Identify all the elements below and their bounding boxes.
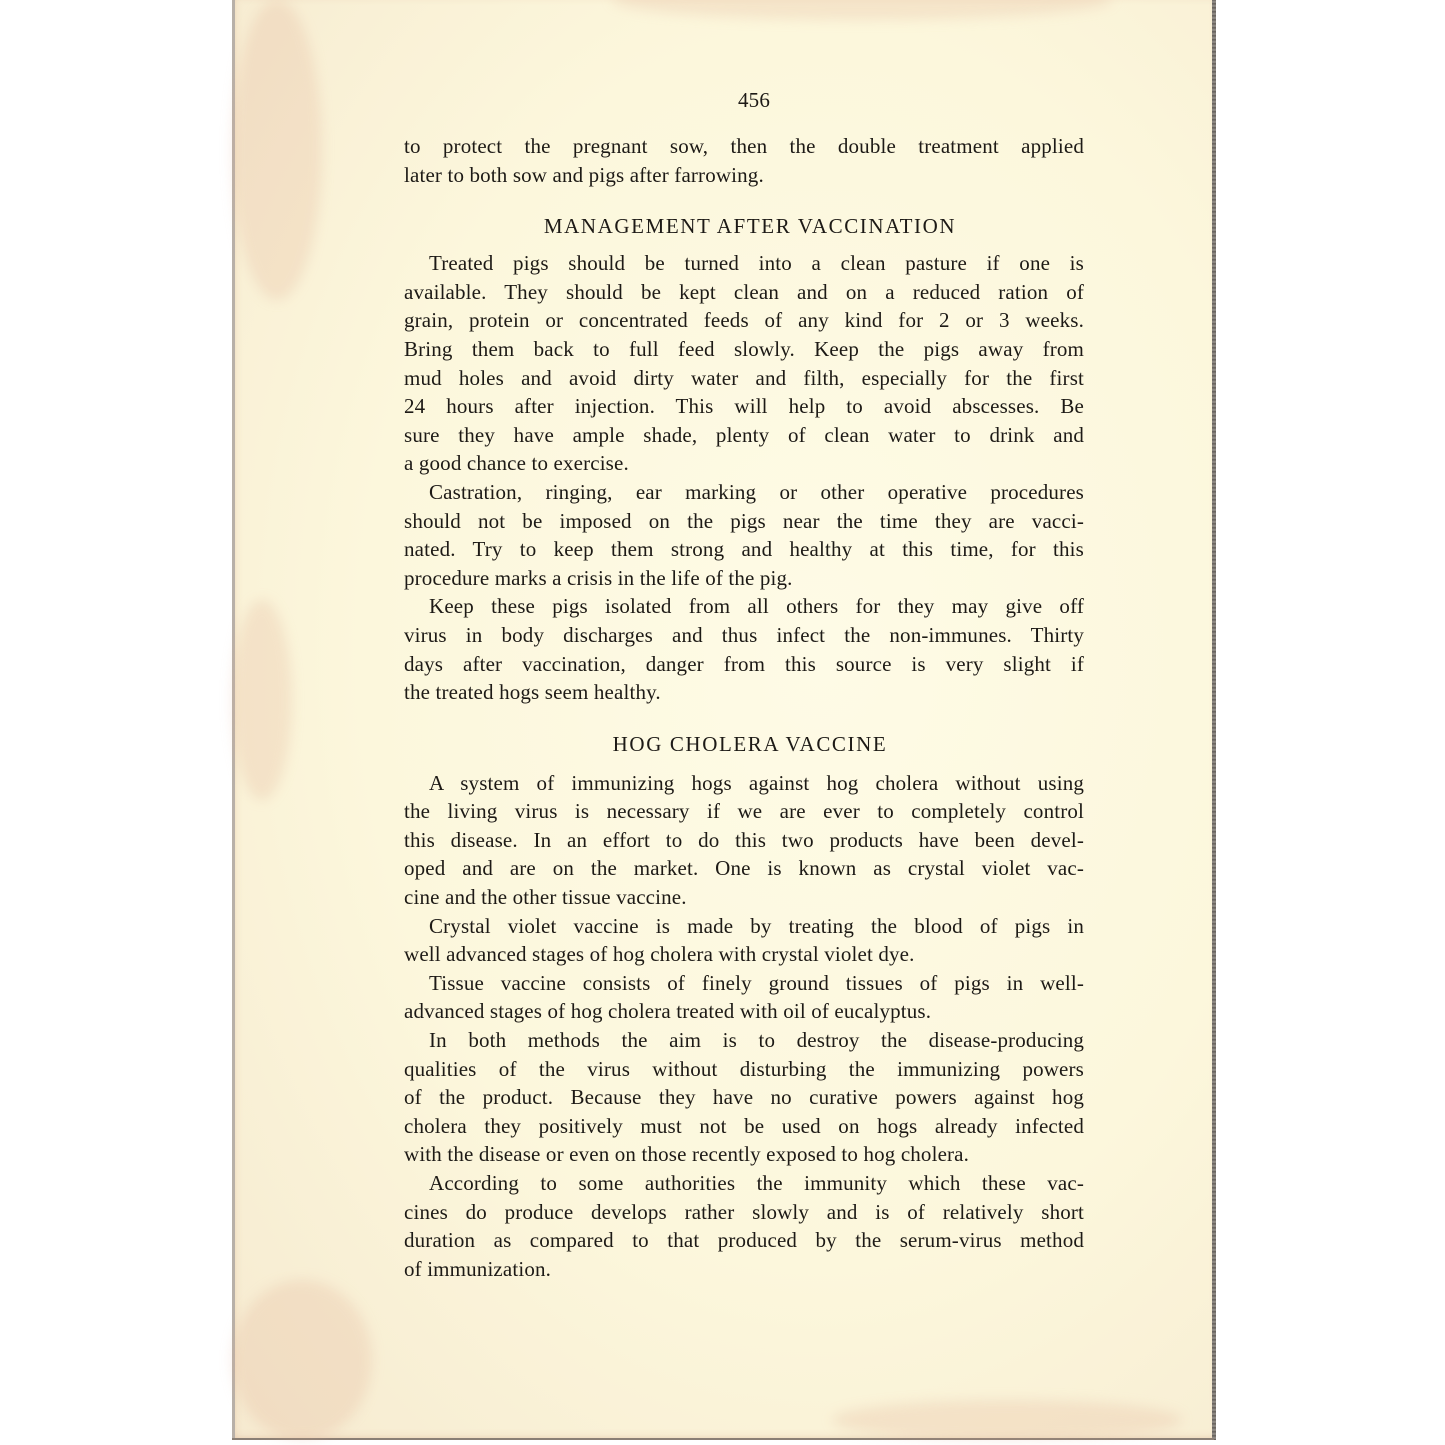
- text-line: 24 hours after injection. This will help…: [404, 392, 1084, 421]
- text-line: should not be imposed on the pigs near t…: [404, 507, 1084, 536]
- paragraph: Castration, ringing, ear marking or othe…: [404, 478, 1084, 592]
- section-body-management: Treated pigs should be turned into a cle…: [404, 249, 1084, 707]
- text-line: nated. Try to keep them strong and healt…: [404, 535, 1084, 564]
- text-line: oped and are on the market. One is known…: [404, 854, 1084, 883]
- text-line: procedure marks a crisis in the life of …: [404, 564, 1084, 593]
- text-line: virus in body discharges and thus infect…: [404, 621, 1084, 650]
- text-line: duration as compared to that produced by…: [404, 1226, 1084, 1255]
- paragraph: According to some authorities the immuni…: [404, 1169, 1084, 1283]
- text-line: sure they have ample shade, plenty of cl…: [404, 421, 1084, 450]
- text-line: In both methods the aim is to destroy th…: [404, 1026, 1084, 1055]
- section-body-vaccine: A system of immunizing hogs against hog …: [404, 769, 1084, 1284]
- foxing-stain: [612, 0, 1112, 20]
- text-line: cines do produce develops rather slowly …: [404, 1198, 1084, 1227]
- foxing-stain: [232, 600, 292, 800]
- text-line: available. They should be kept clean and…: [404, 278, 1084, 307]
- paragraph: Crystal violet vaccine is made by treati…: [404, 912, 1084, 969]
- text-line: According to some authorities the immuni…: [404, 1169, 1084, 1198]
- opening-paragraph: to protect the pregnant sow, then the do…: [404, 132, 1084, 189]
- text-line: with the disease or even on those recent…: [404, 1140, 1084, 1169]
- text-line: of immunization.: [404, 1255, 1084, 1284]
- text-line: Keep these pigs isolated from all others…: [404, 592, 1084, 621]
- text-line: this disease. In an effort to do this tw…: [404, 826, 1084, 855]
- text-line: Treated pigs should be turned into a cle…: [404, 249, 1084, 278]
- foxing-stain: [232, 0, 322, 300]
- text-line: to protect the pregnant sow, then the do…: [404, 132, 1084, 161]
- text-line: well advanced stages of hog cholera with…: [404, 940, 1084, 969]
- paragraph: Tissue vaccine consists of finely ground…: [404, 969, 1084, 1026]
- text-line: Crystal violet vaccine is made by treati…: [404, 912, 1084, 941]
- text-line: the living virus is necessary if we are …: [404, 797, 1084, 826]
- text-line: a good chance to exercise.: [404, 449, 1084, 478]
- foxing-stain: [832, 1400, 1182, 1440]
- paragraph: A system of immunizing hogs against hog …: [404, 769, 1084, 912]
- text-line: later to both sow and pigs after farrowi…: [404, 161, 1084, 190]
- text-line: the treated hogs seem healthy.: [404, 678, 1084, 707]
- paragraph: Keep these pigs isolated from all others…: [404, 592, 1084, 706]
- page-number: 456: [424, 86, 1084, 114]
- foxing-stain: [232, 1280, 372, 1440]
- text-line: Castration, ringing, ear marking or othe…: [404, 478, 1084, 507]
- text-line: cholera they positively must not be used…: [404, 1112, 1084, 1141]
- paragraph: In both methods the aim is to destroy th…: [404, 1026, 1084, 1169]
- paragraph: Treated pigs should be turned into a cle…: [404, 249, 1084, 478]
- text-line: advanced stages of hog cholera treated w…: [404, 997, 1084, 1026]
- text-line: Tissue vaccine consists of finely ground…: [404, 969, 1084, 998]
- text-line: mud holes and avoid dirty water and filt…: [404, 364, 1084, 393]
- text-line: A system of immunizing hogs against hog …: [404, 769, 1084, 798]
- text-line: qualities of the virus without disturbin…: [404, 1055, 1084, 1084]
- text-line: of the product. Because they have no cur…: [404, 1083, 1084, 1112]
- text-line: days after vaccination, danger from this…: [404, 650, 1084, 679]
- text-line: Bring them back to full feed slowly. Kee…: [404, 335, 1084, 364]
- section-heading-vaccine: HOG CHOLERA VACCINE: [404, 729, 1084, 759]
- page-content: 456 to protect the pregnant sow, then th…: [404, 86, 1084, 1283]
- page-right-edge: [1212, 0, 1216, 1440]
- section-heading-management: MANAGEMENT AFTER VACCINATION: [404, 211, 1084, 241]
- text-line: cine and the other tissue vaccine.: [404, 883, 1084, 912]
- text-line: grain, protein or concentrated feeds of …: [404, 306, 1084, 335]
